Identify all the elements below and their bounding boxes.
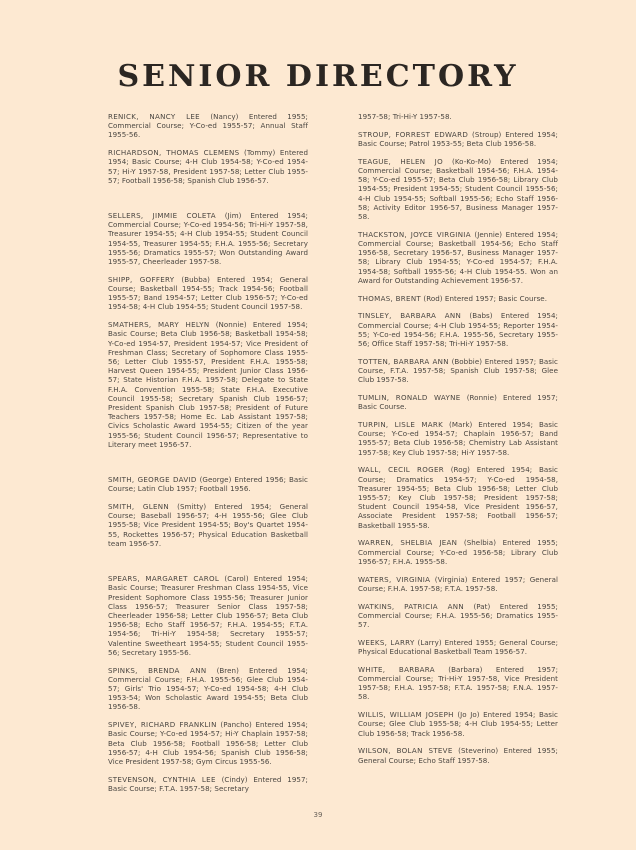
student-name: SPINKS, BRENDA ANN (108, 666, 206, 675)
student-name: SELLERS, JIMMIE COLETA (108, 211, 216, 220)
student-details: (Ko-Ko-Mo) Entered 1954; Commercial Cour… (358, 157, 558, 221)
student-details: (Carol) Entered 1954; Basic Course; Trea… (108, 574, 308, 657)
directory-entry: WATKINS, PATRICIA ANN (Pat) Entered 1955… (358, 602, 558, 630)
directory-entry: SELLERS, JIMMIE COLETA (Jim) Entered 195… (108, 211, 308, 266)
student-name: THOMAS, BRENT (358, 294, 421, 303)
student-name: WHITE, BARBARA (358, 665, 435, 674)
student-name: STROUP, FORREST EDWARD (358, 130, 468, 139)
student-details: (Rod) Entered 1957; Basic Course. (423, 294, 547, 303)
student-name: TURPIN, LISLE MARK (358, 420, 443, 429)
student-name: TUMLIN, RONALD WAYNE (358, 393, 461, 402)
directory-entry: WATERS, VIRGINIA (Virginia) Entered 1957… (358, 575, 558, 593)
student-name: RENICK, NANCY LEE (108, 112, 200, 121)
student-name: RICHARDSON, THOMAS CLEMENS (108, 148, 239, 157)
directory-entry: WHITE, BARBARA (Barbara) Entered 1957; C… (358, 665, 558, 702)
directory-entry: SMITH, GLENN (Smitty) Entered 1954; Gene… (108, 502, 308, 548)
directory-entry: TEAGUE, HELEN JO (Ko-Ko-Mo) Entered 1954… (358, 157, 558, 221)
student-name: WATKINS, PATRICIA ANN (358, 602, 464, 611)
student-name: WALL, CECIL ROGER (358, 465, 444, 474)
page-title: SENIOR DIRECTORY (0, 59, 636, 94)
directory-entry: SPINKS, BRENDA ANN (Bren) Entered 1954; … (108, 666, 308, 712)
student-name: SMITH, GEORGE DAVID (108, 475, 197, 484)
directory-entry: SPEARS, MARGARET CAROL (Carol) Entered 1… (108, 574, 308, 657)
student-details: (Rog) Entered 1954; Basic Course; Dramat… (358, 465, 558, 529)
student-name: WEEKS, LARRY (358, 638, 415, 647)
student-name: TINSLEY, BARBARA ANN (358, 311, 461, 320)
directory-entry: TINSLEY, BARBARA ANN (Babs) Entered 1954… (358, 311, 558, 348)
directory-entry: SMITH, GEORGE DAVID (George) Entered 195… (108, 475, 308, 493)
directory-entry: THOMAS, BRENT (Rod) Entered 1957; Basic … (358, 294, 558, 303)
directory-entry: WILSON, BOLAN STEVE (Steverino) Entered … (358, 746, 558, 764)
student-details: (Jim) Entered 1954; Commercial Course; Y… (108, 211, 308, 266)
directory-entry: SMATHERS, MARY HELYN (Nonnie) Entered 19… (108, 320, 308, 449)
directory-entry: STEVENSON, CYNTHIA LEE (Cindy) Entered 1… (108, 775, 308, 793)
directory-entry: STROUP, FORREST EDWARD (Stroup) Entered … (358, 130, 558, 148)
directory-entry-continued: 1957-58; Tri-Hi-Y 1957-58. (358, 112, 558, 121)
page-number: 39 (0, 811, 636, 819)
student-name: SHIPP, GOFFERY (108, 275, 174, 284)
directory-entry: RENICK, NANCY LEE (Nancy) Entered 1955; … (108, 112, 308, 140)
directory-entry: TUMLIN, RONALD WAYNE (Ronnie) Entered 19… (358, 393, 558, 411)
directory-entry: WALL, CECIL ROGER (Rog) Entered 1954; Ba… (358, 465, 558, 529)
directory-entry: TURPIN, LISLE MARK (Mark) Entered 1954; … (358, 420, 558, 457)
student-details: (Nonnie) Entered 1954; Basic Course; Bet… (108, 320, 308, 449)
directory-entry: SPIVEY, RICHARD FRANKLIN (Pancho) Entere… (108, 720, 308, 766)
student-name: STEVENSON, CYNTHIA LEE (108, 775, 216, 784)
directory-entry: RICHARDSON, THOMAS CLEMENS (Tommy) Enter… (108, 148, 308, 185)
directory-entry: WILLIS, WILLIAM JOSEPH (Jo Jo) Entered 1… (358, 710, 558, 738)
student-name: TEAGUE, HELEN JO (358, 157, 443, 166)
student-name: SMITH, GLENN (108, 502, 169, 511)
directory-entry: WARREN, SHELBIA JEAN (Shelbia) Entered 1… (358, 538, 558, 566)
directory-column-right: 1957-58; Tri-Hi-Y 1957-58. STROUP, FORRE… (358, 112, 558, 773)
student-name: SMATHERS, MARY HELYN (108, 320, 209, 329)
student-name: TOTTEN, BARBARA ANN (358, 357, 449, 366)
directory-column-left: RENICK, NANCY LEE (Nancy) Entered 1955; … (108, 112, 308, 802)
student-name: WILSON, BOLAN STEVE (358, 746, 453, 755)
student-name: SPEARS, MARGARET CAROL (108, 574, 219, 583)
directory-entry: SHIPP, GOFFERY (Bubba) Entered 1954; Gen… (108, 275, 308, 312)
student-name: WATERS, VIRGINIA (358, 575, 430, 584)
student-details: 1957-58; Tri-Hi-Y 1957-58. (358, 112, 452, 121)
student-name: WARREN, SHELBIA JEAN (358, 538, 457, 547)
directory-entry: WEEKS, LARRY (Larry) Entered 1955; Gener… (358, 638, 558, 656)
directory-entry: TOTTEN, BARBARA ANN (Bobbie) Entered 195… (358, 357, 558, 385)
directory-entry: THACKSTON, JOYCE VIRGINIA (Jennie) Enter… (358, 230, 558, 285)
student-name: WILLIS, WILLIAM JOSEPH (358, 710, 454, 719)
student-details: (Jennie) Entered 1954; Commercial Course… (358, 230, 558, 285)
student-name: THACKSTON, JOYCE VIRGINIA (358, 230, 471, 239)
student-name: SPIVEY, RICHARD FRANKLIN (108, 720, 217, 729)
